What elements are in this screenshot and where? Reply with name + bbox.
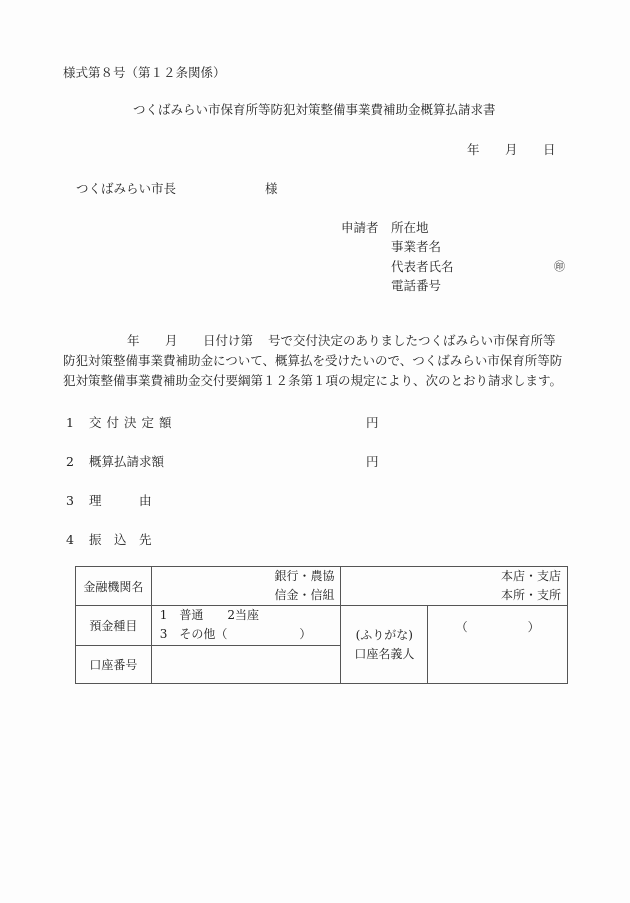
- bank-transfer-table: 金融機関名 銀行・農協 信金・信組 本店・支店 本所・支所 預金種目 1 普通 …: [75, 566, 568, 684]
- branch-name-cell[interactable]: 本店・支店 本所・支所: [341, 567, 568, 606]
- item-2-unit: 円: [366, 456, 379, 469]
- form-number: 様式第８号（第１２条関係）: [63, 67, 226, 80]
- deposit-option-1[interactable]: 1 普通 2当座: [160, 606, 341, 625]
- branch-type-2: 本所・支所: [341, 586, 561, 605]
- date-year: 年: [467, 144, 480, 157]
- addressee-name: つくばみらい市長: [76, 183, 176, 196]
- account-number-value-cell[interactable]: [151, 646, 341, 684]
- applicant-field-phone: 電話番号: [391, 280, 441, 293]
- item-1-label: 交付決定額: [89, 417, 177, 430]
- item-3-num: 3: [66, 495, 74, 508]
- item-4-label: 振 込 先: [89, 534, 152, 547]
- account-holder-furigana-paren: （ ）: [456, 620, 540, 634]
- institution-type-2: 信金・信組: [152, 586, 335, 605]
- account-number-label-cell: 口座番号: [76, 646, 152, 684]
- account-holder-value-cell[interactable]: （ ）: [428, 606, 568, 684]
- account-holder-label-cell: (ふりがな) 口座名義人: [341, 606, 428, 684]
- applicant-label: 申請者: [341, 222, 379, 235]
- applicant-field-address: 所在地: [391, 222, 429, 235]
- body-year: 年: [127, 335, 140, 348]
- deposit-option-2[interactable]: 3 その他（ ）: [160, 625, 341, 644]
- account-holder-label: 口座名義人: [341, 645, 427, 664]
- furigana-label: (ふりがな): [341, 626, 427, 645]
- document-title: つくばみらい市保育所等防犯対策整備事業費補助金概算払請求書: [133, 104, 496, 117]
- item-2-num: 2: [66, 456, 74, 469]
- deposit-type-label-cell: 預金種目: [76, 606, 152, 646]
- item-1-unit: 円: [366, 417, 379, 430]
- item-2-label: 概算払請求額: [89, 456, 164, 469]
- body-line2: 防犯対策整備事業費補助金について、概算払を受けたいので、つくばみらい市保育所等防: [63, 355, 562, 368]
- body-line3: 犯対策整備事業費補助金交付要綱第１２条第１項の規定により、次のとおり請求します。: [63, 375, 562, 388]
- branch-type-1: 本店・支店: [341, 567, 561, 586]
- body-date-no: 日付け第: [203, 335, 253, 348]
- item-3-label: 理 由: [89, 495, 152, 508]
- applicant-field-business: 事業者名: [391, 241, 441, 254]
- item-4-num: 4: [66, 534, 74, 547]
- date-day: 日: [543, 144, 556, 157]
- institution-name-cell[interactable]: 銀行・農協 信金・信組: [151, 567, 341, 606]
- applicant-field-representative: 代表者氏名: [391, 261, 454, 274]
- item-1-num: 1: [66, 417, 74, 430]
- body-month: 月: [165, 335, 178, 348]
- addressee-honorific: 様: [265, 183, 278, 196]
- deposit-type-options-cell[interactable]: 1 普通 2当座 3 その他（ ）: [151, 606, 341, 646]
- institution-type-1: 銀行・農協: [152, 567, 335, 586]
- date-month: 月: [505, 144, 518, 157]
- body-line1-rest: 号で交付決定のありましたつくばみらい市保育所等: [268, 335, 556, 348]
- institution-label-cell: 金融機関名: [76, 567, 152, 606]
- seal-icon: ㊞: [554, 261, 565, 272]
